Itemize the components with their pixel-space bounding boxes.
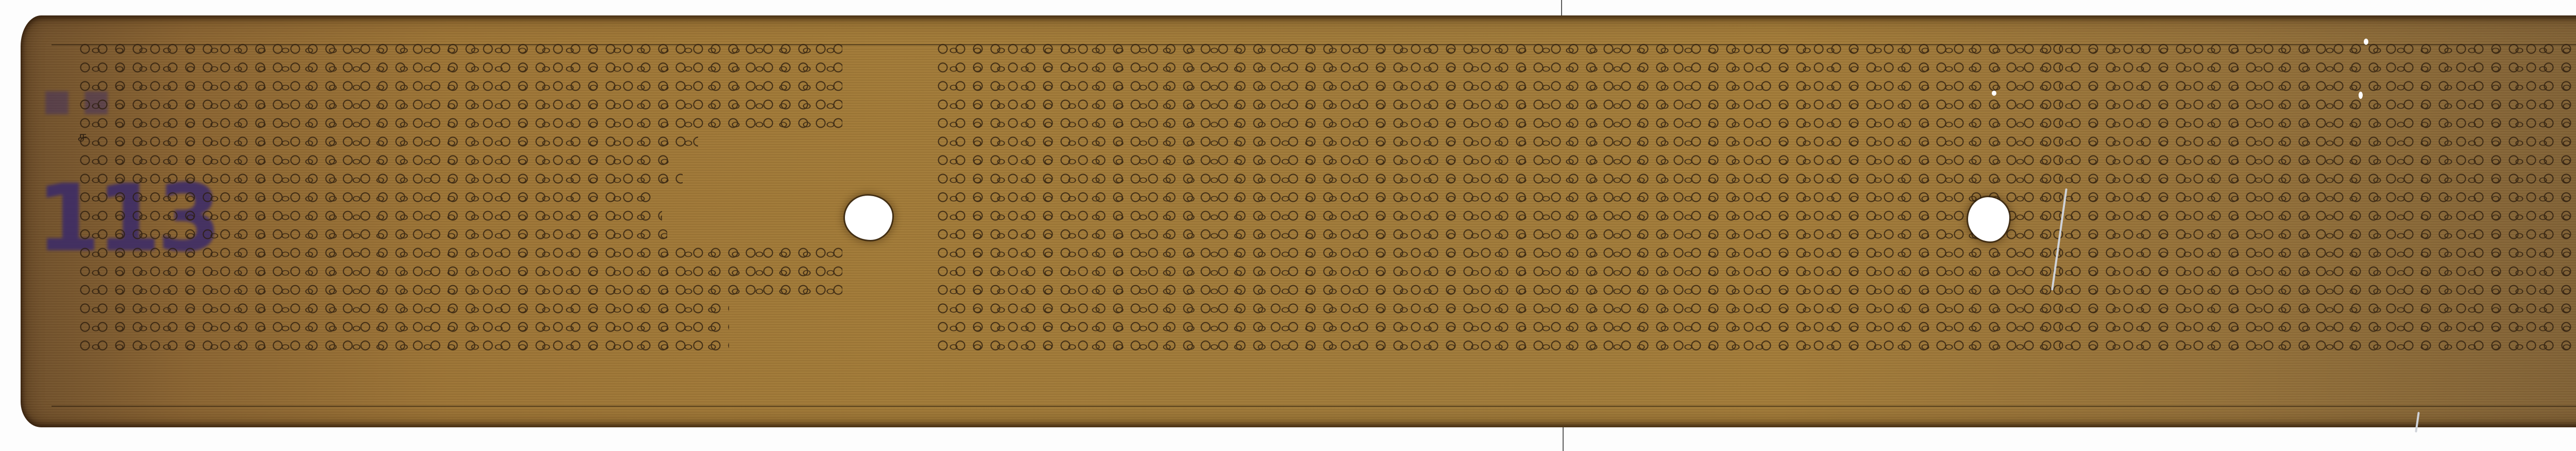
script-line [2053,152,2576,168]
script-line [2053,319,2576,335]
script-line [938,60,2061,75]
script-line [80,227,667,242]
script-line [938,189,2061,205]
script-line [2053,301,2576,316]
script-line [80,134,698,149]
script-line [2053,264,2576,279]
script-line [2053,245,2576,261]
script-line [938,115,2061,131]
script-line [2053,78,2576,94]
script-line [2053,134,2576,149]
leaf-ruling-bottom [52,406,2576,407]
script-line [80,41,842,57]
script-line [2053,282,2576,298]
script-line [2053,41,2576,57]
script-line [938,264,2061,279]
script-line [80,208,662,223]
script-line [938,78,2061,94]
script-line [80,245,842,261]
script-line [938,152,2061,168]
script-line [80,171,683,186]
script-line [2053,171,2576,186]
script-line [80,189,657,205]
scanner-seam-line-bottom [1563,427,1564,451]
script-line [80,319,729,335]
script-line [80,60,842,75]
script-line [938,338,2061,353]
script-line [80,78,842,94]
script-line [80,152,672,168]
script-line [80,338,729,353]
script-line [80,97,842,112]
script-line [2053,227,2576,242]
scratch-mark [2415,412,2420,432]
script-line [938,134,2061,149]
pinhole [2364,39,2368,45]
script-line [80,264,842,279]
pinhole [2359,92,2363,99]
script-line [2053,115,2576,131]
string-hole-right [1968,197,2009,241]
script-line [938,41,2061,57]
script-line [938,245,2061,261]
script-line [938,282,2061,298]
text-block-left [80,41,842,356]
script-line [2053,60,2576,75]
text-block-right [2053,41,2576,356]
script-line [80,115,842,131]
script-line [938,208,2061,223]
script-line [938,301,2061,316]
script-line [2053,338,2576,353]
script-line [2053,97,2576,112]
pinhole [1992,91,1996,96]
text-block-center [938,41,2061,356]
script-line [2053,189,2576,205]
script-line [938,97,2061,112]
palm-leaf: ▪ ▪ 113 ௪ [21,15,2576,427]
script-line [80,301,729,316]
script-line [938,319,2061,335]
script-line [938,227,2061,242]
script-line [2053,208,2576,223]
string-hole-left [845,196,892,240]
script-line [80,282,842,298]
script-line [938,171,2061,186]
